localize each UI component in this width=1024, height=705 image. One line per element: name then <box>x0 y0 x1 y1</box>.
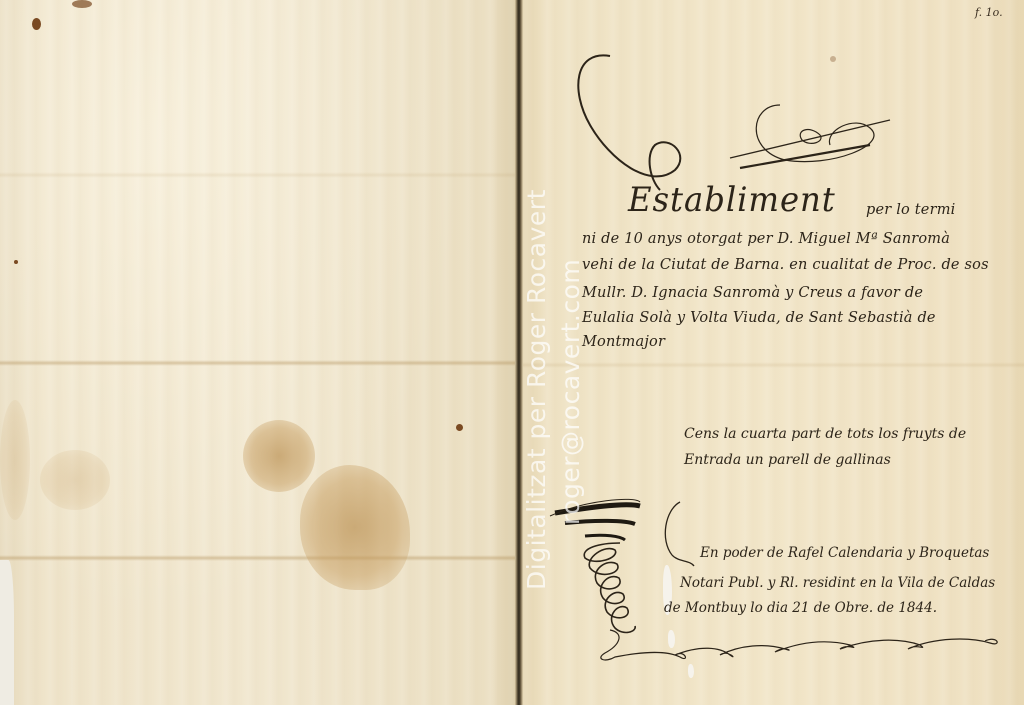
ink-spot <box>456 424 463 431</box>
body-line: vehi de la Ciutat de Barna. en cualitat … <box>582 257 989 273</box>
paper-edge <box>0 560 14 705</box>
ink-spot <box>32 18 41 30</box>
body-line: Montmajor <box>582 334 665 350</box>
document-title: Establiment <box>628 180 836 220</box>
water-stain <box>0 400 30 520</box>
left-page <box>0 0 519 705</box>
ink-spot <box>72 0 92 8</box>
fold-crease <box>0 360 519 366</box>
body-line: per lo termi <box>866 202 956 218</box>
note-line: Entrada un parell de gallinas <box>684 452 891 468</box>
bracket-flourish-icon <box>660 500 700 580</box>
body-line: ni de 10 anys otorgat per D. Miguel Mª S… <box>582 231 950 247</box>
fold-crease <box>0 555 519 561</box>
watermark-text: Digitalitzat per Roger Rocavert <box>522 189 551 590</box>
scanned-document: f. 1o. Establiment per lo termi ni de 10… <box>0 0 1024 705</box>
ink-spot <box>14 260 18 264</box>
signature-line: Notari Publ. y Rl. residint en la Vila d… <box>680 575 995 591</box>
note-line: Cens la cuarta part de tots los fruyts d… <box>684 426 966 442</box>
watermark-email: roger@rocavert.com <box>556 259 585 525</box>
signature-line: de Montbuy lo dia 21 de Obre. de 1844. <box>664 600 937 616</box>
signature-line: En poder de Rafel Calendaria y Broquetas <box>700 545 989 561</box>
water-stain <box>243 420 315 492</box>
bottom-flourish-icon <box>590 625 1020 665</box>
body-line: Mullr. D. Ignacia Sanromà y Creus a favo… <box>582 285 923 301</box>
fold-crease <box>519 362 1024 368</box>
body-line: Eulalia Solà y Volta Viuda, de Sant Seba… <box>582 310 936 326</box>
water-stain <box>40 450 110 510</box>
fold-crease <box>0 172 519 178</box>
folio-number: f. 1o. <box>975 6 1003 19</box>
title-flourish-icon <box>570 50 900 200</box>
paper-tear <box>688 664 694 678</box>
